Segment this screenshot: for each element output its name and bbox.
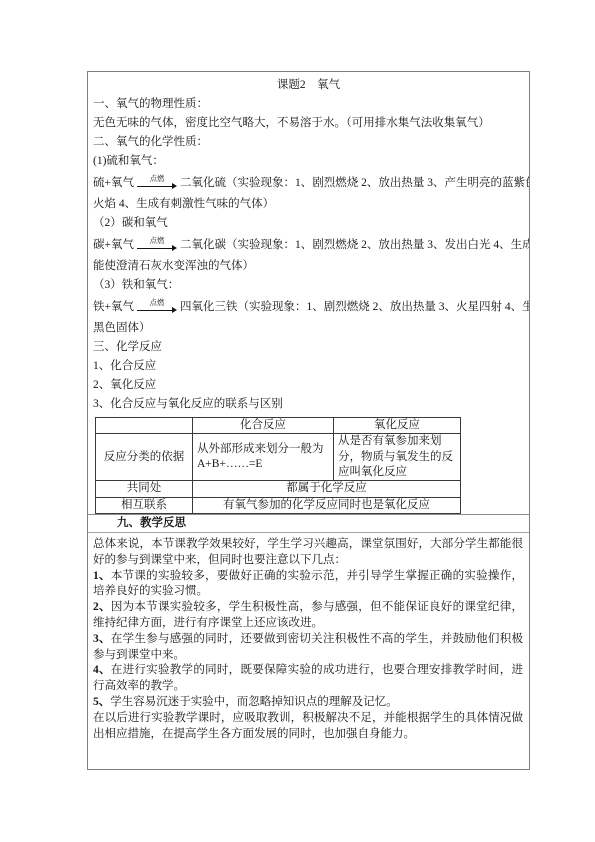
item-text: 在进行实验教学的同时，既要保障实验的成功进行，也要合理安排教学时间，进行高效率的… <box>93 664 523 692</box>
carbon-oxygen-heading: （2）碳和氧气 <box>93 214 524 233</box>
reaction-item-combination: 1、化合反应 <box>93 357 524 376</box>
reaction-item-oxidation: 2、氧化反应 <box>93 376 524 395</box>
page-title: 课题2 氧气 <box>93 76 524 95</box>
iron-oxygen-heading: （3）铁和氧气： <box>93 276 524 295</box>
physical-properties-text: 无色无味的气体，密度比空气略大，不易溶于水。（可用排水集气法收集氧气） <box>93 114 524 133</box>
item-number: 3、 <box>93 633 111 645</box>
iron-equation-continuation: 黑色固体） <box>93 319 524 338</box>
equation-reactants: 铁+氧气 <box>93 298 134 317</box>
column-header-combination: 化合反应 <box>193 418 334 434</box>
chemical-properties-heading: 二、氧气的化学性质： <box>93 133 524 152</box>
item-text: 在学生参与感强的同时，还要做到密切关注积极性不高的学生，并鼓励他们积极参与到课堂… <box>93 633 523 661</box>
basis-oxidation-cell: 从是否有氧参加来划分，物质与氧发生的反应叫氧化反应 <box>334 434 461 481</box>
equation-reactants: 碳+氧气 <box>93 236 134 255</box>
sulfur-equation: 硫+氧气 点燃 二氧化硫（实验现象：1、剧烈燃烧 2、放出热量 3、产生明亮的蓝… <box>93 171 524 195</box>
physical-properties-heading: 一、氧气的物理性质： <box>93 95 524 114</box>
column-header-oxidation: 氧化反应 <box>334 418 461 434</box>
equation-products: 四氧化三铁（实验现象：1、剧烈燃烧 2、放出热量 3、火星四射 4、生成 <box>180 298 529 317</box>
reaction-condition-arrow: 点燃 <box>137 299 177 314</box>
reflection-intro-line2: 的参与到课堂中来，但同时也要注意以下几点： <box>105 554 347 566</box>
reaction-comparison-table: 化合反应 氧化反应 反应分类的依据 从外部形成来划分一般为 A+B+……=E 从… <box>95 417 461 514</box>
table-header-row: 化合反应 氧化反应 <box>96 418 461 434</box>
reaction-condition-arrow: 点燃 <box>137 237 177 252</box>
empty-header-cell <box>96 418 193 434</box>
table-row-relation: 相互联系 有氧气参加的化学反应同时也是氧化反应 <box>96 497 461 513</box>
condition-label: 点燃 <box>150 299 165 307</box>
item-text: 学生容易沉迷于实验中，而忽略掉知识点的理解及记忆。 <box>110 696 398 708</box>
row-label-common: 共同处 <box>96 481 193 497</box>
common-value-cell: 都属于化学反应 <box>193 481 461 497</box>
equation-products: 二氧化碳（实验现象：1、剧烈燃烧 2、放出热量 3、发出白光 4、生成 <box>180 236 529 255</box>
reaction-condition-arrow: 点燃 <box>137 175 177 190</box>
condition-label: 点燃 <box>150 175 165 183</box>
right-arrow-icon <box>137 183 177 190</box>
item-text: 因为本节课实验较多，学生积极性高，参与感强，但不能保证良好的课堂纪律，维持纪律方… <box>93 601 523 629</box>
item-text: 本节课的实验较多，要做好正确的实验示范，并引导学生掌握正确的实验操作，培养良好的… <box>93 570 523 598</box>
item-number: 4、 <box>93 664 111 676</box>
relation-value-cell: 有氧气参加的化学反应同时也是氧化反应 <box>193 497 461 513</box>
item-number: 5、 <box>93 696 110 708</box>
table-row-basis: 反应分类的依据 从外部形成来划分一般为 A+B+……=E 从是否有氧参加来划分，… <box>96 434 461 481</box>
reflection-item: 4、在进行实验教学的同时，既要保障实验的成功进行，也要合理安排教学时间，进行高效… <box>93 663 523 695</box>
basis-combination-cell: 从外部形成来划分一般为 A+B+……=E <box>193 434 334 481</box>
equation-products: 二氧化硫（实验现象：1、剧烈燃烧 2、放出热量 3、产生明亮的蓝紫色 <box>180 174 529 193</box>
reflection-closing: 在以后进行实验教学课时，应吸取教训，积极解决不足，并能根据学生的具体情况做出相应… <box>93 711 523 743</box>
row-label-relation: 相互联系 <box>96 497 193 513</box>
chemical-reaction-heading: 三、化学反应 <box>93 338 524 357</box>
reflection-item: 5、学生容易沉迷于实验中，而忽略掉知识点的理解及记忆。 <box>93 695 523 711</box>
document-page: 课题2 氧气 一、氧气的物理性质： 无色无味的气体，密度比空气略大，不易溶于水。… <box>0 0 595 842</box>
sulfur-oxygen-heading: (1)硫和氧气： <box>93 152 524 171</box>
iron-equation: 铁+氧气 点燃 四氧化三铁（实验现象：1、剧烈燃烧 2、放出热量 3、火星四射 … <box>93 295 524 319</box>
item-number: 2、 <box>93 601 111 613</box>
carbon-equation: 碳+氧气 点燃 二氧化碳（实验现象：1、剧烈燃烧 2、放出热量 3、发出白光 4… <box>93 233 524 257</box>
right-arrow-icon <box>137 245 177 252</box>
reflection-item: 1、本节课的实验较多，要做好正确的实验示范，并引导学生掌握正确的实验操作，培养良… <box>93 569 523 601</box>
condition-label: 点燃 <box>150 237 165 245</box>
row-label-basis: 反应分类的依据 <box>96 434 193 481</box>
carbon-equation-continuation: 能使澄清石灰水变浑浊的气体） <box>93 257 524 276</box>
right-arrow-icon <box>137 307 177 314</box>
sulfur-equation-continuation: 火焰 4、生成有刺激性气味的气体） <box>93 195 524 214</box>
reflection-intro: 总体来说，本节课教学效果较好，学生学习兴趣高，课堂氛围好，大部分学生都能很好的参… <box>93 537 523 569</box>
reflection-section-body: 总体来说，本节课教学效果较好，学生学习兴趣高，课堂氛围好，大部分学生都能很好的参… <box>88 533 529 769</box>
lesson-plan-table: 课题2 氧气 一、氧气的物理性质： 无色无味的气体，密度比空气略大，不易溶于水。… <box>87 71 530 770</box>
equation-reactants: 硫+氧气 <box>93 174 134 193</box>
table-row-common: 共同处 都属于化学反应 <box>96 481 461 497</box>
reaction-item-comparison: 3、化合反应与氧化反应的联系与区别 <box>93 395 524 414</box>
topic-section: 课题2 氧气 一、氧气的物理性质： 无色无味的气体，密度比空气略大，不易溶于水。… <box>88 72 529 514</box>
reflection-item: 2、因为本节课实验较多，学生积极性高，参与感强，但不能保证良好的课堂纪律，维持纪… <box>93 600 523 632</box>
reflection-item: 3、在学生参与感强的同时，还要做到密切关注积极性不高的学生，并鼓励他们积极参与到… <box>93 632 523 664</box>
reflection-section-header: 九、教学反思 <box>88 514 529 533</box>
item-number: 1、 <box>93 570 111 582</box>
